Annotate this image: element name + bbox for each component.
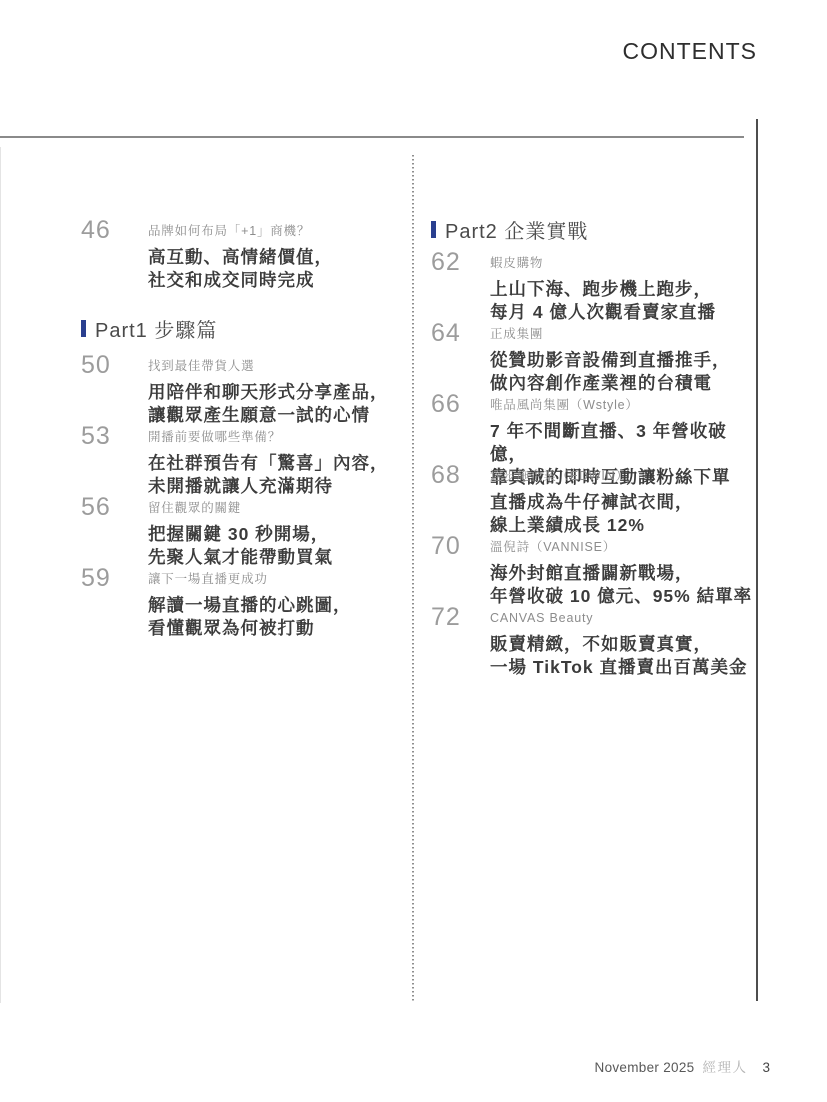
footer-issue-date: November 2025: [595, 1060, 695, 1075]
entry-title-line: 做內容創作產業裡的台積電: [490, 372, 761, 395]
entry-title-line: 解讀一場直播的心跳圖，: [148, 594, 413, 617]
section-accent-bar-icon: [431, 221, 436, 238]
entry-title-line: 海外封館直播闢新戰場，: [490, 562, 761, 585]
page-title: CONTENTS: [623, 38, 758, 65]
entry-subtitle: 達步施企業（EDWIN）: [490, 466, 761, 484]
section-label: Part2 企業實戰: [445, 215, 588, 244]
entry-title: 從贊助影音設備到直播推手， 做內容創作產業裡的台積電: [490, 349, 761, 395]
entry-page-number: 46: [81, 218, 111, 243]
toc-right-column: Part2 企業實戰 62 蝦皮購物 上山下海、跑步機上跑步， 每月 4 億人次…: [431, 218, 761, 679]
section-header-part2: Part2 企業實戰: [431, 218, 761, 240]
entry-title-line: 販賣精緻，不如販賣真實，: [490, 633, 761, 656]
entry-title-line: 把握關鍵 30 秒開場，: [148, 523, 413, 546]
entry-page-number: 50: [81, 353, 111, 378]
toc-entry-70: 70 溫倪詩（VANNISE） 海外封館直播闢新戰場， 年營收破 10 億元、9…: [431, 537, 761, 608]
footer-magazine-name: 經理人: [702, 1056, 747, 1076]
entry-title-line: 7 年不間斷直播、3 年營收破億，: [490, 420, 761, 466]
entry-title-line: 用陪伴和聊天形式分享產品，: [148, 381, 413, 404]
entry-title-line: 社交和成交同時完成: [148, 269, 413, 292]
entry-subtitle: 品牌如何布局「+1」商機？: [148, 221, 413, 239]
left-edge-line: [0, 147, 1, 1003]
toc-entry-68: 68 達步施企業（EDWIN） 直播成為牛仔褲試衣間， 線上業績成長 12%: [431, 466, 761, 537]
entry-subtitle: 唯品風尚集團（Wstyle）: [490, 395, 761, 413]
entry-title: 把握關鍵 30 秒開場， 先聚人氣才能帶動買氣: [148, 523, 413, 569]
entry-page-number: 64: [431, 321, 461, 346]
toc-entry-53: 53 開播前要做哪些準備？ 在社群預告有「驚喜」內容， 未開播就讓人充滿期待: [81, 427, 413, 498]
entry-title-line: 看懂觀眾為何被打動: [148, 617, 413, 640]
entry-page-number: 56: [81, 495, 111, 520]
entry-title-line: 上山下海、跑步機上跑步，: [490, 278, 761, 301]
toc-entry-64: 64 正成集團 從贊助影音設備到直播推手， 做內容創作產業裡的台積電: [431, 324, 761, 395]
entry-title: 直播成為牛仔褲試衣間， 線上業績成長 12%: [490, 491, 761, 537]
entry-title-line: 從贊助影音設備到直播推手，: [490, 349, 761, 372]
toc-entry-46: 46 品牌如何布局「+1」商機？ 高互動、高情緒價值， 社交和成交同時完成: [81, 221, 413, 292]
entry-subtitle: 留住觀眾的關鍵: [148, 498, 413, 516]
entry-page-number: 70: [431, 534, 461, 559]
toc-entry-50: 50 找到最佳帶貨人選 用陪伴和聊天形式分享產品， 讓觀眾產生願意一試的心情: [81, 356, 413, 427]
entry-subtitle: 正成集團: [490, 324, 761, 342]
entry-subtitle: 找到最佳帶貨人選: [148, 356, 413, 374]
entry-page-number: 72: [431, 605, 461, 630]
entry-title: 販賣精緻，不如販賣真實， 一場 TikTok 直播賣出百萬美金: [490, 633, 761, 679]
section-header-part1: Part1 步驟篇: [81, 317, 413, 339]
toc-entry-56: 56 留住觀眾的關鍵 把握關鍵 30 秒開場， 先聚人氣才能帶動買氣: [81, 498, 413, 569]
entry-subtitle: 讓下一場直播更成功: [148, 569, 413, 587]
section-accent-bar-icon: [81, 320, 86, 337]
entry-subtitle: CANVAS Beauty: [490, 608, 761, 626]
entry-title-line: 直播成為牛仔褲試衣間，: [490, 491, 761, 514]
entry-title-line: 高互動、高情緒價值，: [148, 246, 413, 269]
footer-page-number: 3: [762, 1060, 770, 1075]
toc-entry-59: 59 讓下一場直播更成功 解讀一場直播的心跳圖， 看懂觀眾為何被打動: [81, 569, 413, 640]
entry-page-number: 66: [431, 392, 461, 417]
entry-title-line: 未開播就讓人充滿期待: [148, 475, 413, 498]
entry-subtitle: 溫倪詩（VANNISE）: [490, 537, 761, 555]
magazine-toc-page: CONTENTS 46 品牌如何布局「+1」商機？ 高互動、高情緒價值， 社交和…: [0, 0, 827, 1102]
entry-title-line: 每月 4 億人次觀看賣家直播: [490, 301, 761, 324]
section-label: Part1 步驟篇: [95, 314, 217, 343]
entry-title-line: 一場 TikTok 直播賣出百萬美金: [490, 656, 761, 679]
entry-page-number: 62: [431, 250, 461, 275]
entry-title: 解讀一場直播的心跳圖， 看懂觀眾為何被打動: [148, 594, 413, 640]
toc-left-column: 46 品牌如何布局「+1」商機？ 高互動、高情緒價值， 社交和成交同時完成 Pa…: [81, 221, 413, 640]
entry-page-number: 59: [81, 566, 111, 591]
entry-subtitle: 開播前要做哪些準備？: [148, 427, 413, 445]
footer: November 2025 經理人 3: [595, 1056, 770, 1076]
entry-title: 在社群預告有「驚喜」內容， 未開播就讓人充滿期待: [148, 452, 413, 498]
entry-title-line: 年營收破 10 億元、95% 結單率: [490, 585, 761, 608]
entry-title: 海外封館直播闢新戰場， 年營收破 10 億元、95% 結單率: [490, 562, 761, 608]
entry-title-line: 讓觀眾產生願意一試的心情: [148, 404, 413, 427]
entry-page-number: 68: [431, 463, 461, 488]
entry-title: 上山下海、跑步機上跑步， 每月 4 億人次觀看賣家直播: [490, 278, 761, 324]
entry-title-line: 先聚人氣才能帶動買氣: [148, 546, 413, 569]
entry-title: 用陪伴和聊天形式分享產品， 讓觀眾產生願意一試的心情: [148, 381, 413, 427]
entry-title-line: 在社群預告有「驚喜」內容，: [148, 452, 413, 475]
header-rule: [0, 136, 744, 138]
entry-subtitle: 蝦皮購物: [490, 253, 761, 271]
entry-title-line: 線上業績成長 12%: [490, 514, 761, 537]
toc-entry-66: 66 唯品風尚集團（Wstyle） 7 年不間斷直播、3 年營收破億， 靠真誠的…: [431, 395, 761, 466]
entry-title: 高互動、高情緒價值， 社交和成交同時完成: [148, 246, 413, 292]
entry-page-number: 53: [81, 424, 111, 449]
toc-entry-72: 72 CANVAS Beauty 販賣精緻，不如販賣真實， 一場 TikTok …: [431, 608, 761, 679]
toc-entry-62: 62 蝦皮購物 上山下海、跑步機上跑步， 每月 4 億人次觀看賣家直播: [431, 253, 761, 324]
